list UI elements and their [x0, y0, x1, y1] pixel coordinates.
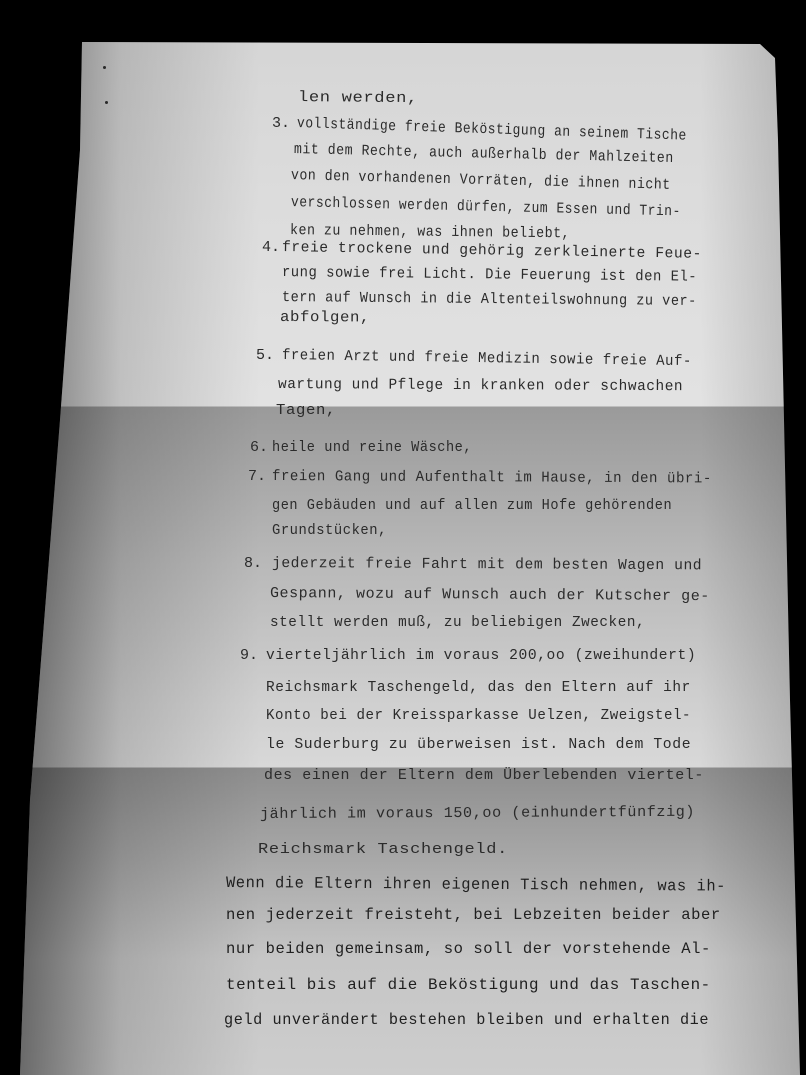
text-line: geld unverändert bestehen bleiben und er…: [224, 1011, 709, 1029]
hole-punch-mark: [105, 101, 108, 104]
item-number: 9.: [240, 647, 258, 664]
text-line: Tagen,: [276, 402, 336, 419]
text-line: freien Gang und Aufenthalt im Hause, in …: [272, 468, 712, 487]
item-number: 6.: [250, 439, 268, 456]
text-line: verschlossen werden dürfen, zum Essen un…: [291, 194, 681, 220]
text-line: tenteil bis auf die Beköstigung und das …: [226, 976, 711, 994]
item-number: 5.: [256, 347, 274, 364]
text-line: heile und reine Wäsche,: [272, 439, 472, 456]
text-line: stellt werden muß, zu beliebigen Zwecken…: [270, 614, 645, 631]
text-line: jederzeit freie Fahrt mit dem besten Wag…: [272, 555, 702, 574]
text-line: freien Arzt und freie Medizin sowie frei…: [282, 347, 692, 370]
text-line: gen Gebäuden und auf allen zum Hofe gehö…: [272, 497, 672, 514]
text-line: wartung und Pflege in kranken oder schwa…: [278, 376, 683, 395]
text-line: rung sowie frei Licht. Die Feuerung ist …: [282, 264, 697, 286]
document-page: len werden,3.vollständige freie Beköstig…: [0, 0, 806, 1075]
text-line: von den vorhandenen Vorräten, die ihnen …: [291, 167, 671, 194]
text-line: Reichsmark Taschengeld, das den Eltern a…: [266, 679, 691, 696]
text-line: len werden,: [298, 89, 418, 107]
text-line: vierteljährlich im voraus 200,oo (zweihu…: [266, 647, 696, 664]
text-line: freie trockene und gehörig zerkleinerte …: [282, 239, 702, 263]
text-line: Gespann, wozu auf Wunsch auch der Kutsch…: [270, 585, 710, 605]
item-number: 4.: [262, 239, 280, 256]
text-line: mit dem Rechte, auch außerhalb der Mahlz…: [294, 141, 674, 167]
text-line: le Suderburg zu überweisen ist. Nach dem…: [266, 736, 691, 753]
hole-punch-mark: [103, 66, 106, 69]
text-line: Grundstücken,: [272, 522, 387, 539]
text-line: vollständige freie Beköstigung an seinem…: [297, 115, 687, 145]
text-line: abfolgen,: [280, 309, 370, 326]
text-line: tern auf Wunsch in die Altenteilswohnung…: [282, 289, 697, 310]
item-number: 3.: [272, 115, 290, 132]
text-line: Wenn die Eltern ihren eigenen Tisch nehm…: [226, 874, 726, 896]
text-line: nen jederzeit freisteht, bei Lebzeiten b…: [226, 906, 721, 924]
item-number: 7.: [248, 468, 266, 485]
text-line: jährlich im voraus 150,oo (einhundertfün…: [260, 804, 695, 823]
item-number: 8.: [244, 555, 262, 572]
text-line: nur beiden gemeinsam, so soll der vorste…: [226, 940, 711, 958]
text-line: Konto bei der Kreissparkasse Uelzen, Zwe…: [266, 707, 691, 724]
text-line: Reichsmark Taschengeld.: [258, 841, 508, 858]
text-line: des einen der Eltern dem Überlebenden vi…: [264, 767, 704, 784]
